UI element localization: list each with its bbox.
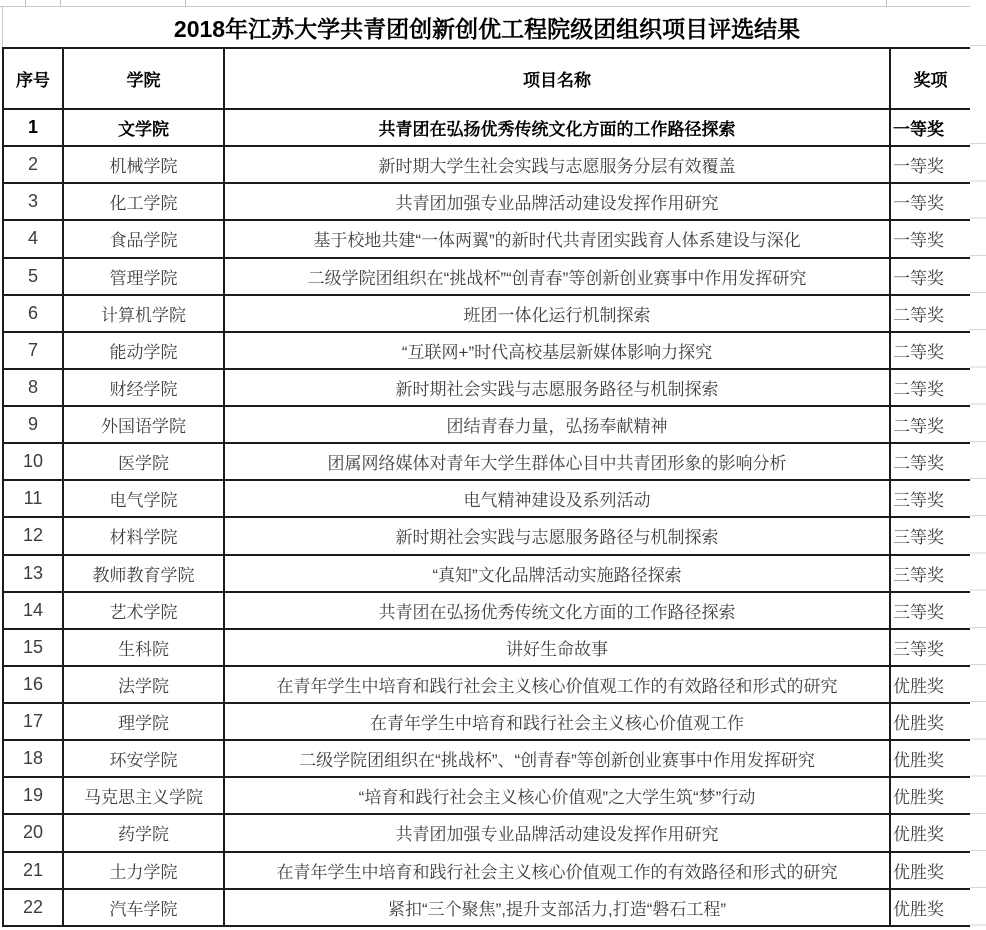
cell-award: 一等奖	[890, 258, 971, 295]
cell-award: 优胜奖	[890, 666, 971, 703]
table-row: 14艺术学院共青团在弘扬优秀传统文化方面的工作路径探索三等奖	[3, 592, 971, 629]
table-row: 6计算机学院班团一体化运行机制探索二等奖	[3, 295, 971, 332]
cell-no: 4	[3, 220, 63, 257]
page-title: 2018年江苏大学共青团创新创优工程院级团组织项目评选结果	[2, 7, 972, 47]
cell-college: 土力学院	[63, 852, 224, 889]
table-row: 13教师教育学院“真知”文化品牌活动实施路径探索三等奖	[3, 555, 971, 592]
cell-college: 电气学院	[63, 480, 224, 517]
cell-award: 一等奖	[890, 220, 971, 257]
table-row: 11电气学院电气精神建设及系列活动三等奖	[3, 480, 971, 517]
cell-project: 在青年学生中培育和践行社会主义核心价值观工作	[224, 703, 890, 740]
cell-award: 三等奖	[890, 629, 971, 666]
table-row: 15生科院讲好生命故事三等奖	[3, 629, 971, 666]
cell-project: “互联网+”时代高校基层新媒体影响力探究	[224, 332, 890, 369]
cell-no: 14	[3, 592, 63, 629]
cell-project: 二级学院团组织在“挑战杯”、“创青春”等创新创业赛事中作用发挥研究	[224, 740, 890, 777]
cell-college: 教师教育学院	[63, 555, 224, 592]
table-row: 22汽车学院紧扣“三个聚焦”,提升支部活力,打造“磐石工程”优胜奖	[3, 889, 971, 926]
table-row: 3化工学院共青团加强专业品牌活动建设发挥作用研究一等奖	[3, 183, 971, 220]
spreadsheet-screenshot: 2018年江苏大学共青团创新创优工程院级团组织项目评选结果 序号 学院 项目名称…	[0, 0, 986, 930]
cell-college: 医学院	[63, 443, 224, 480]
cell-college: 药学院	[63, 814, 224, 851]
results-table: 序号 学院 项目名称 奖项 1文学院共青团在弘扬优秀传统文化方面的工作路径探索一…	[2, 47, 972, 927]
cell-project: 共青团在弘扬优秀传统文化方面的工作路径探索	[224, 592, 890, 629]
cell-award: 二等奖	[890, 443, 971, 480]
cell-college: 文学院	[63, 109, 224, 146]
cell-award: 二等奖	[890, 295, 971, 332]
cell-college: 机械学院	[63, 146, 224, 183]
table-body: 1文学院共青团在弘扬优秀传统文化方面的工作路径探索一等奖2机械学院新时期大学生社…	[3, 109, 971, 926]
gridline-rows	[970, 107, 986, 930]
cell-college: 生科院	[63, 629, 224, 666]
cell-project: 讲好生命故事	[224, 629, 890, 666]
header-row: 序号 学院 项目名称 奖项	[3, 48, 971, 109]
cell-award: 三等奖	[890, 517, 971, 554]
table-row: 10医学院团属网络媒体对青年大学生群体心目中共青团形象的影响分析二等奖	[3, 443, 971, 480]
cell-award: 二等奖	[890, 332, 971, 369]
cell-no: 7	[3, 332, 63, 369]
cell-no: 5	[3, 258, 63, 295]
table-row: 19马克思主义学院“培育和践行社会主义核心价值观”之大学生筑“梦”行动优胜奖	[3, 777, 971, 814]
cell-project: 在青年学生中培育和践行社会主义核心价值观工作的有效路径和形式的研究	[224, 666, 890, 703]
table-row: 8财经学院新时期社会实践与志愿服务路径与机制探索二等奖	[3, 369, 971, 406]
cell-award: 三等奖	[890, 480, 971, 517]
cell-project: 团属网络媒体对青年大学生群体心目中共青团形象的影响分析	[224, 443, 890, 480]
table-row: 5管理学院二级学院团组织在“挑战杯”“创青春”等创新创业赛事中作用发挥研究一等奖	[3, 258, 971, 295]
cell-no: 6	[3, 295, 63, 332]
cell-no: 15	[3, 629, 63, 666]
col-header-no: 序号	[3, 48, 63, 109]
cell-college: 汽车学院	[63, 889, 224, 926]
col-header-project: 项目名称	[224, 48, 890, 109]
cell-no: 3	[3, 183, 63, 220]
cell-award: 一等奖	[890, 146, 971, 183]
cell-award: 优胜奖	[890, 777, 971, 814]
cell-college: 能动学院	[63, 332, 224, 369]
cell-project: 二级学院团组织在“挑战杯”“创青春”等创新创业赛事中作用发挥研究	[224, 258, 890, 295]
table-row: 4食品学院基于校地共建“一体两翼”的新时代共青团实践育人体系建设与深化一等奖	[3, 220, 971, 257]
cell-college: 财经学院	[63, 369, 224, 406]
right-gridline-strip	[970, 0, 986, 930]
table-row: 9外国语学院团结青春力量，弘扬奉献精神二等奖	[3, 406, 971, 443]
table-row: 7能动学院“互联网+”时代高校基层新媒体影响力探究二等奖	[3, 332, 971, 369]
cell-project: 团结青春力量，弘扬奉献精神	[224, 406, 890, 443]
table-row: 17理学院在青年学生中培育和践行社会主义核心价值观工作优胜奖	[3, 703, 971, 740]
table-row: 1文学院共青团在弘扬优秀传统文化方面的工作路径探索一等奖	[3, 109, 971, 146]
col-header-college: 学院	[63, 48, 224, 109]
cell-college: 管理学院	[63, 258, 224, 295]
table-row: 18环安学院二级学院团组织在“挑战杯”、“创青春”等创新创业赛事中作用发挥研究优…	[3, 740, 971, 777]
cell-no: 8	[3, 369, 63, 406]
cell-award: 优胜奖	[890, 740, 971, 777]
cell-project: 新时期社会实践与志愿服务路径与机制探索	[224, 517, 890, 554]
cell-college: 外国语学院	[63, 406, 224, 443]
cell-no: 10	[3, 443, 63, 480]
cell-project: 新时期大学生社会实践与志愿服务分层有效覆盖	[224, 146, 890, 183]
cell-award: 优胜奖	[890, 814, 971, 851]
cell-award: 优胜奖	[890, 889, 971, 926]
table-row: 21土力学院在青年学生中培育和践行社会主义核心价值观工作的有效路径和形式的研究优…	[3, 852, 971, 889]
cell-college: 艺术学院	[63, 592, 224, 629]
cell-no: 17	[3, 703, 63, 740]
cell-no: 2	[3, 146, 63, 183]
cell-college: 环安学院	[63, 740, 224, 777]
cell-no: 18	[3, 740, 63, 777]
cell-no: 9	[3, 406, 63, 443]
cell-no: 1	[3, 109, 63, 146]
cell-project: “真知”文化品牌活动实施路径探索	[224, 555, 890, 592]
cell-award: 三等奖	[890, 592, 971, 629]
cell-project: 班团一体化运行机制探索	[224, 295, 890, 332]
cell-college: 化工学院	[63, 183, 224, 220]
cell-project: 共青团在弘扬优秀传统文化方面的工作路径探索	[224, 109, 890, 146]
cell-college: 食品学院	[63, 220, 224, 257]
cell-project: 共青团加强专业品牌活动建设发挥作用研究	[224, 814, 890, 851]
cell-college: 计算机学院	[63, 295, 224, 332]
cell-project: 电气精神建设及系列活动	[224, 480, 890, 517]
table-row: 12材料学院新时期社会实践与志愿服务路径与机制探索三等奖	[3, 517, 971, 554]
cell-college: 材料学院	[63, 517, 224, 554]
cell-award: 优胜奖	[890, 852, 971, 889]
cell-project: 基于校地共建“一体两翼”的新时代共青团实践育人体系建设与深化	[224, 220, 890, 257]
cell-no: 19	[3, 777, 63, 814]
cell-no: 16	[3, 666, 63, 703]
cell-project: 共青团加强专业品牌活动建设发挥作用研究	[224, 183, 890, 220]
cell-award: 三等奖	[890, 555, 971, 592]
cell-no: 11	[3, 480, 63, 517]
table-row: 2机械学院新时期大学生社会实践与志愿服务分层有效覆盖一等奖	[3, 146, 971, 183]
cell-no: 21	[3, 852, 63, 889]
cell-college: 马克思主义学院	[63, 777, 224, 814]
cell-award: 一等奖	[890, 109, 971, 146]
cell-project: 新时期社会实践与志愿服务路径与机制探索	[224, 369, 890, 406]
cell-no: 13	[3, 555, 63, 592]
table-row: 20药学院共青团加强专业品牌活动建设发挥作用研究优胜奖	[3, 814, 971, 851]
table-header: 序号 学院 项目名称 奖项	[3, 48, 971, 109]
table-row: 16法学院在青年学生中培育和践行社会主义核心价值观工作的有效路径和形式的研究优胜…	[3, 666, 971, 703]
cell-no: 22	[3, 889, 63, 926]
gridline-horizontal	[970, 45, 986, 46]
cell-college: 理学院	[63, 703, 224, 740]
col-header-award: 奖项	[890, 48, 971, 109]
cell-no: 20	[3, 814, 63, 851]
cell-award: 一等奖	[890, 183, 971, 220]
cell-no: 12	[3, 517, 63, 554]
cell-project: 紧扣“三个聚焦”,提升支部活力,打造“磐石工程”	[224, 889, 890, 926]
cell-award: 优胜奖	[890, 703, 971, 740]
cell-project: “培育和践行社会主义核心价值观”之大学生筑“梦”行动	[224, 777, 890, 814]
cell-project: 在青年学生中培育和践行社会主义核心价值观工作的有效路径和形式的研究	[224, 852, 890, 889]
cell-award: 二等奖	[890, 369, 971, 406]
cell-college: 法学院	[63, 666, 224, 703]
cell-award: 二等奖	[890, 406, 971, 443]
